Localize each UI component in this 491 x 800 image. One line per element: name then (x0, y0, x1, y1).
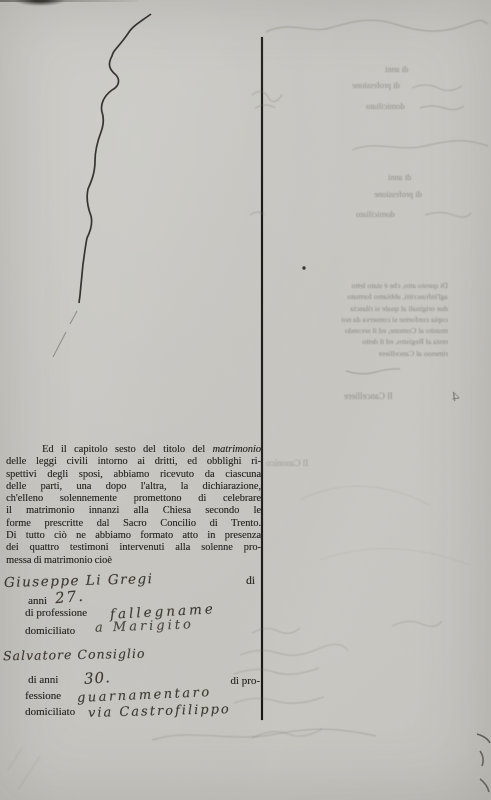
scan-corner-mark (14, 0, 66, 6)
paragraph-line: Di tutto ciò ne abbiamo formato atto in … (6, 530, 261, 542)
paragraph-line-text: Ed il capitolo sesto del titolo del (42, 444, 205, 455)
bleedthrough-label-domiciliato-1: domiciliato (366, 101, 405, 111)
ink-speck (302, 266, 305, 269)
paragraph-line: dei quattro testimoni intervenuti alla s… (6, 542, 261, 554)
ink-squiggle-mark (53, 14, 151, 357)
bleedthrough-paragraph-line: resta al Registro, ed il detto (330, 336, 448, 347)
person2-age-label: di anni (28, 674, 58, 686)
bleedthrough-paragraph-line: rimesso al Cancelliere (330, 348, 448, 359)
bleedthrough-paragraph-line: Di questo atto, che è stato letto (330, 280, 448, 291)
paragraph-line-italic-word: matrimonio (213, 444, 262, 455)
person2-age-handwritten: 30. (83, 668, 111, 688)
paragraph-line: delle leggi civili intorno ai dritti, ed… (6, 456, 261, 468)
person2-profession-label-start: di pro- (212, 675, 260, 687)
bleedthrough-label-domiciliato-2: domiciliato (356, 209, 395, 219)
bleedthrough-cancelliere: Il Cancelliere (344, 391, 393, 401)
person2-domicile-label: domiciliato (25, 706, 75, 718)
person2-domicile-handwritten: via Castrofilippo (88, 702, 231, 721)
person1-age-handwritten: 27. (54, 587, 85, 608)
bleedthrough-label-professione-1: di professione (352, 80, 400, 90)
bleedthrough-paragraph-line: copia conforme si conserva da noi (330, 314, 448, 325)
paragraph-line: il matrimonio innanzi alla Chiesa second… (6, 505, 261, 517)
person2-name-handwritten: Salvatore Consiglio (3, 646, 146, 663)
person2-profession-label-end: fessione (25, 690, 61, 702)
paragraph-line: spettivi degli sposi, abbiamo ricevuto d… (6, 469, 261, 481)
paragraph-line: ch'elleno solennemente promettono di cel… (6, 493, 261, 505)
paragraph-line: Ed il capitolo sesto del titolo del matr… (6, 444, 261, 456)
person1-domicile-label: domiciliato (25, 625, 75, 637)
bleedthrough-canonico: Il Canonico (266, 458, 308, 468)
page-edge-ink-marks (477, 734, 490, 792)
bleedthrough-paragraph-line: munito al Comune, ed il secondo (330, 325, 448, 336)
person1-profession-label: di professione (25, 607, 87, 619)
di-connector-label: di (246, 575, 255, 587)
person1-age-label: anni (28, 595, 47, 607)
bleedthrough-page-number: 4 (451, 389, 461, 407)
bleedthrough-label-anni-1: di anni (385, 64, 408, 74)
paragraph-line: delle parti, una dopo l'altra, la dichia… (6, 481, 261, 493)
bleedthrough-paragraph: Di questo atto, che è stato letto agl'in… (330, 280, 448, 359)
bleedthrough-paragraph-line: agl'infrascritti, abbiamo formato (330, 291, 448, 302)
fold-rule-line (261, 37, 263, 720)
paragraph-line: forme prescritte dal Sacro Concilio di T… (6, 518, 261, 530)
person1-domicile-handwritten: a Marigito (95, 617, 194, 635)
printed-paragraph: Ed il capitolo sesto del titolo del matr… (6, 444, 261, 567)
bleedthrough-label-professione-2: di professione (374, 189, 422, 199)
paragraph-line: messa di matrimonio cioè (6, 555, 261, 567)
bleedthrough-paragraph-line: due originali al quale si rilascia (330, 303, 448, 314)
bleedthrough-label-anni-2: di anni (388, 172, 411, 182)
scanned-register-page: di anni di professione domiciliato di an… (0, 0, 491, 800)
